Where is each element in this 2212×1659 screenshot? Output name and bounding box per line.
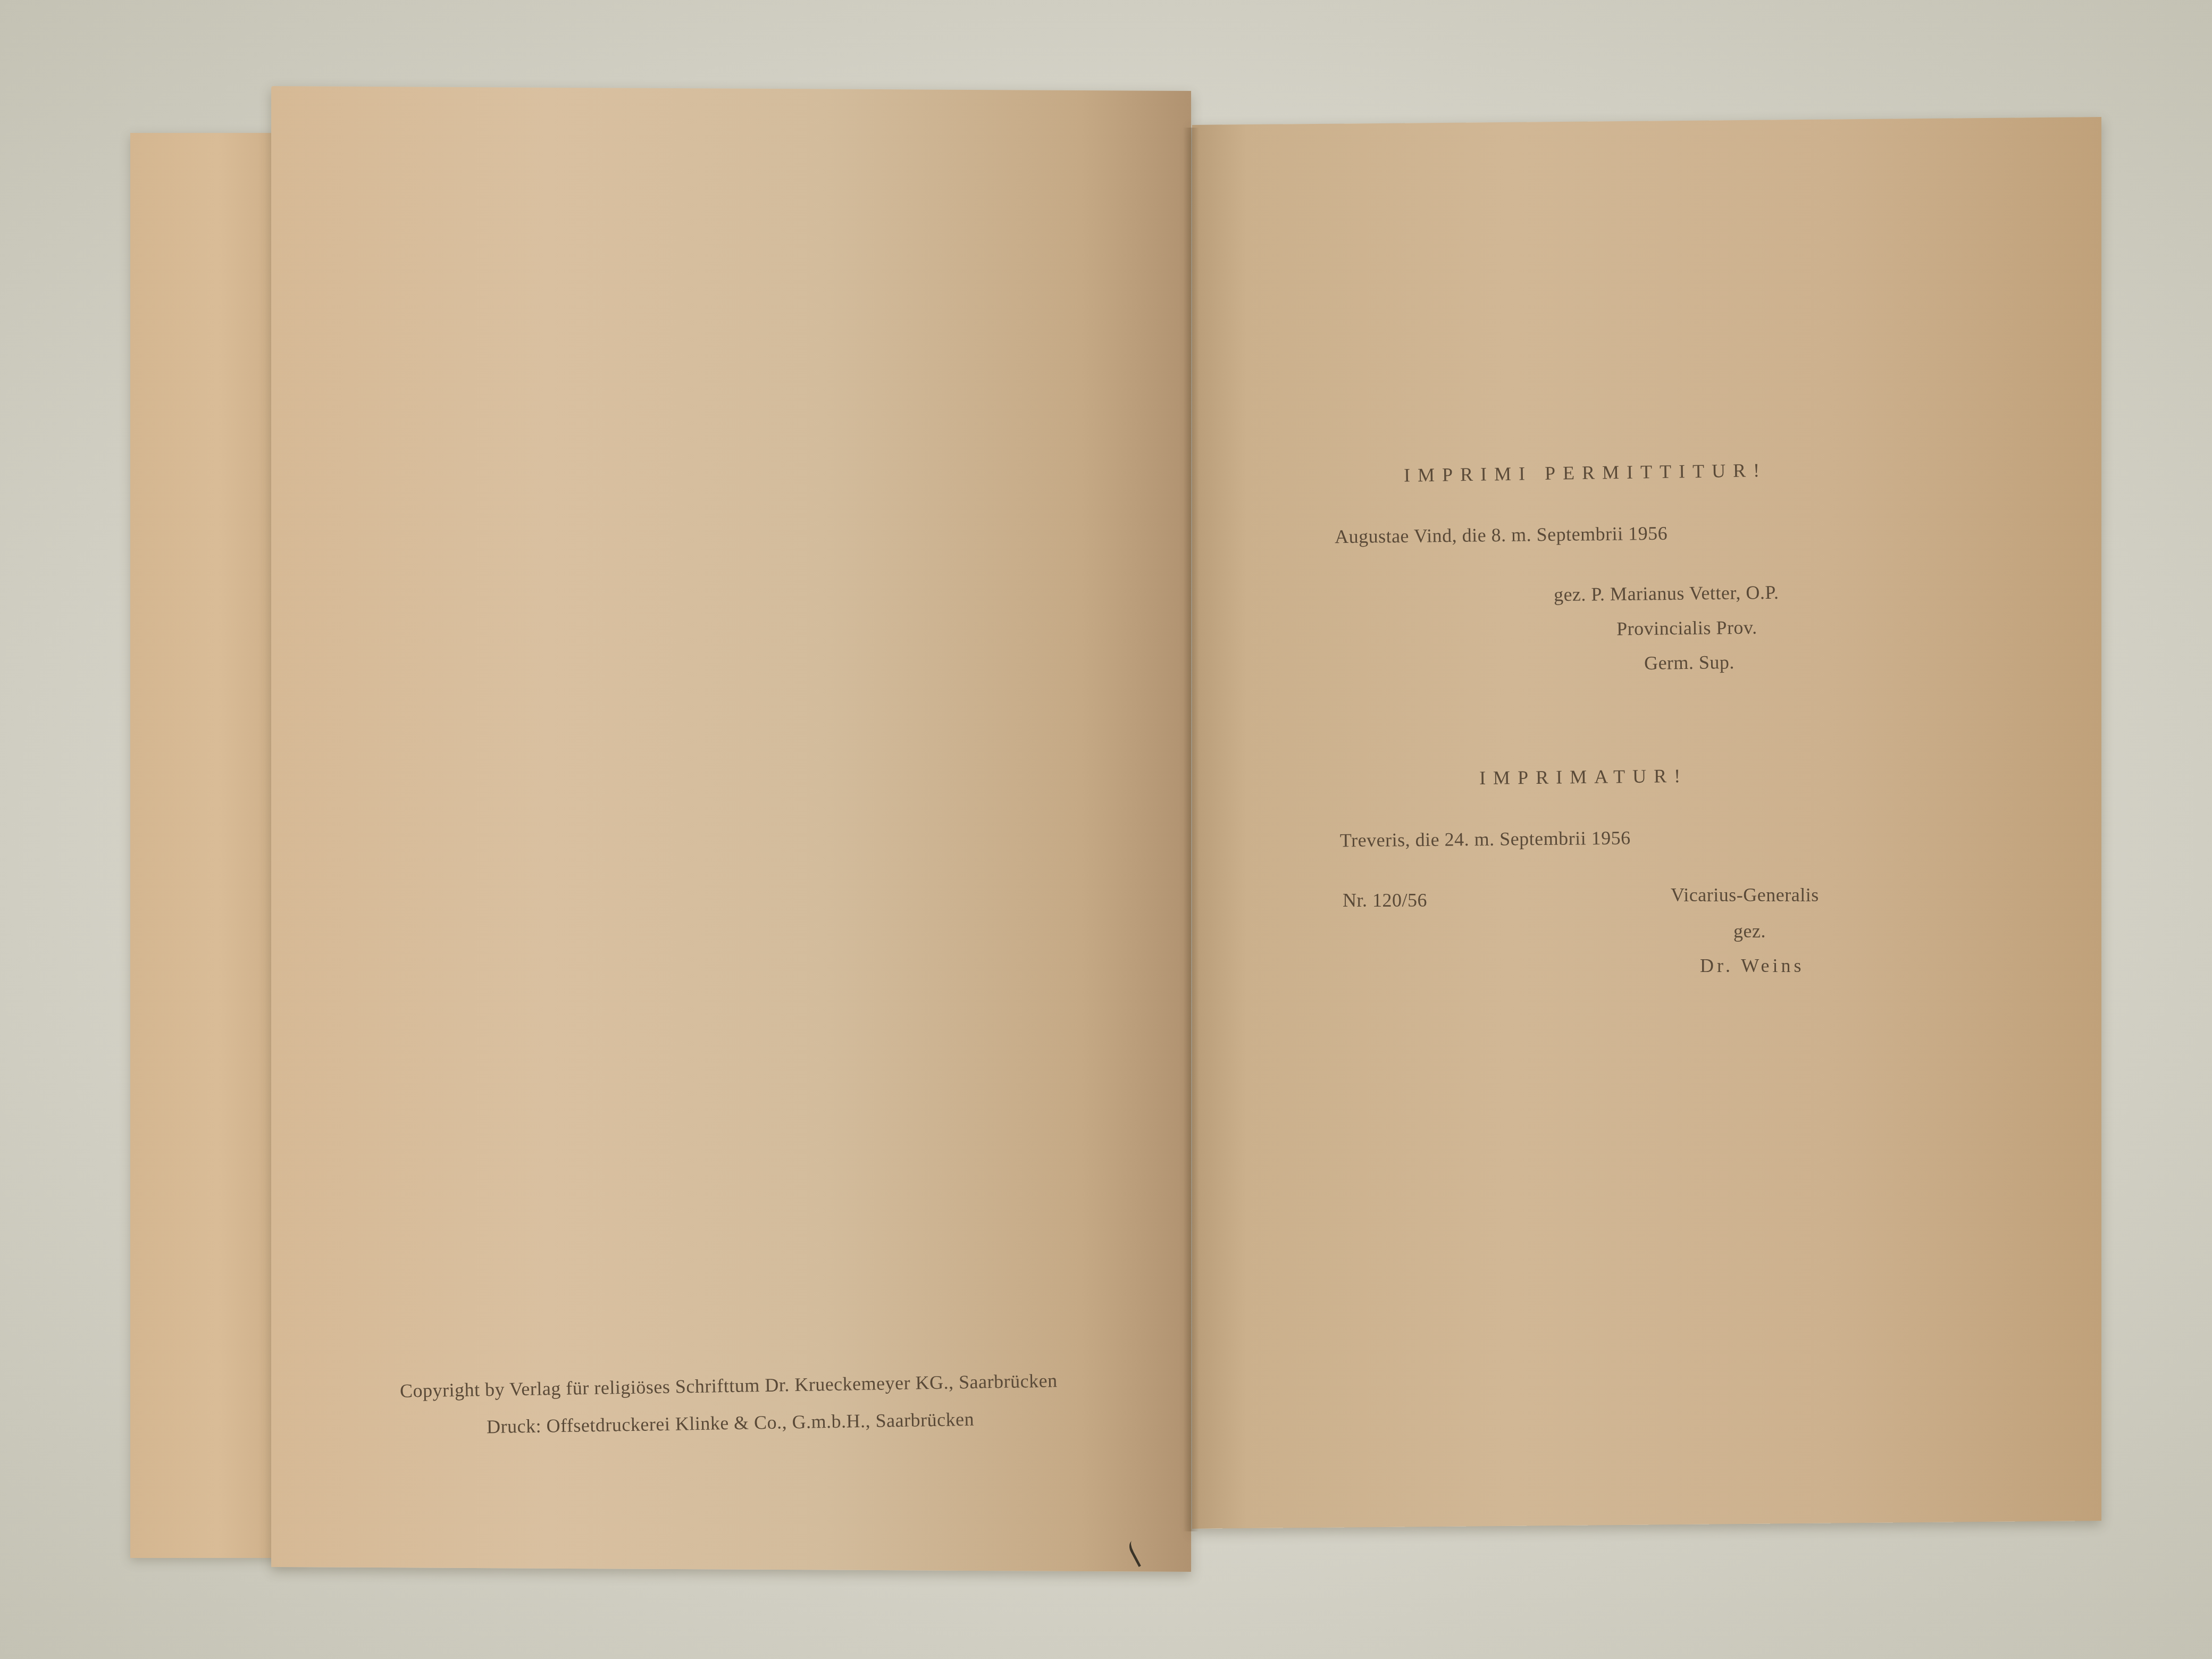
imprimi-permittitur-title-2: Germ. Sup. xyxy=(1644,651,1735,674)
imprimatur-place-date: Treveris, die 24. m. Septembrii 1956 xyxy=(1340,827,1631,852)
imprimi-permittitur-place-date: Augustae Vind, die 8. m. Septembrii 1956 xyxy=(1335,522,1668,548)
photo-scene: Copyright by Verlag für religiöses Schri… xyxy=(0,0,2212,1659)
imprimatur-number: Nr. 120/56 xyxy=(1343,889,1427,911)
imprimatur-signature-name: Dr. Weins xyxy=(1700,954,1804,977)
imprimatur-signed-marker: gez. xyxy=(1733,920,1766,942)
imprimi-permittitur-signed-by: gez. P. Marianus Vetter, O.P. xyxy=(1554,581,1779,606)
imprimi-permittitur-title-1: Provincialis Prov. xyxy=(1616,616,1757,640)
book-gutter xyxy=(1183,128,1199,1531)
imprimatur-signature-title: Vicarius-Generalis xyxy=(1671,884,1819,906)
right-page xyxy=(1192,117,2101,1529)
left-page xyxy=(271,86,1191,1572)
imprimatur-heading: IMPRIMATUR! xyxy=(1479,765,1688,789)
